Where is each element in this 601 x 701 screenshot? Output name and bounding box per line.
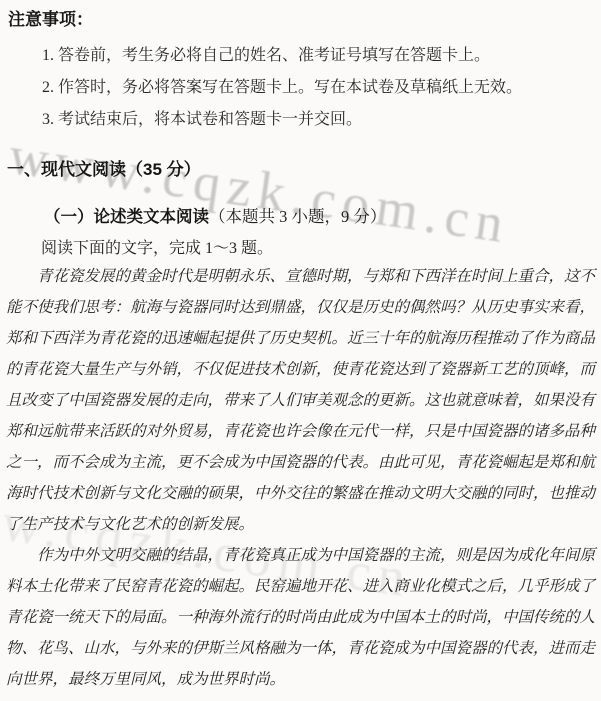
section-heading-modern-reading: 一、现代文阅读（35 分）: [7, 155, 201, 180]
passage-p2-line-5: 向世界，最终万里同风，成为世界时尚。: [6, 664, 595, 695]
subsection-note: （本题共 3 小题，9 分）: [209, 207, 386, 226]
passage-p2-line-3: 青花瓷一统天下的局面。一种海外流行的时尚由此成为中国本土的时尚，中国传统的人: [6, 602, 595, 633]
passage-p2-line-2: 料本土化带来了民窑青花瓷的崛起。民窑遍地开花、进入商业化模式之后，几乎形成了: [6, 571, 595, 602]
passage-p1-line-1: 青花瓷发展的黄金时代是明朝永乐、宣德时期，与郑和下西洋在时间上重合，这不: [6, 261, 595, 292]
passage-p1-line-5: 且改变了中国瓷器发展的走向，带来了人们审美观念的更新。这也就意味着，如果没有: [6, 385, 595, 416]
notice-title: 注意事项：: [8, 5, 93, 30]
subsection-heading: （一）论述类文本阅读（本题共 3 小题，9 分）: [44, 203, 386, 227]
notice-item-3: 3. 考试结束后，将本试卷和答题卡一并交回。: [42, 104, 591, 136]
passage-p1-line-9: 了生产技术与文化艺术的创新发展。: [6, 509, 595, 540]
reading-instruction: 阅读下面的文字，完成 1～3 题。: [41, 235, 273, 258]
passage-p1-line-6: 郑和远航带来活跃的对外贸易，青花瓷也许会像在元代一样，只是中国瓷器的诸多品种: [6, 416, 595, 447]
reading-passage: 青花瓷发展的黄金时代是明朝永乐、宣德时期，与郑和下西洋在时间上重合，这不 能不使…: [6, 261, 595, 695]
passage-p1-line-4: 的青花瓷大量生产与外销，不仅促进技术创新，使青花瓷达到了瓷器新工艺的顶峰，而: [6, 354, 595, 385]
notice-list: 1. 答卷前，考生务必将自己的姓名、准考证号填写在答题卡上。 2. 作答时，务必…: [42, 40, 591, 136]
passage-p1-line-2: 能不使我们思考：航海与瓷器同时达到鼎盛，仅仅是历史的偶然吗？从历史事实来看，: [6, 292, 595, 323]
passage-p1-line-7: 之一，而不会成为主流，更不会成为中国瓷器的代表。由此可见，青花瓷崛起是郑和航: [6, 447, 595, 478]
passage-p1-line-3: 郑和下西洋为青花瓷的迅速崛起提供了历史契机。近三十年的航海历程推动了作为商品: [6, 323, 595, 354]
notice-item-1: 1. 答卷前，考生务必将自己的姓名、准考证号填写在答题卡上。: [42, 40, 591, 72]
passage-p2-line-1: 作为中外文明交融的结晶，青花瓷真正成为中国瓷器的主流，则是因为成化年间原: [6, 540, 595, 571]
subsection-title: （一）论述类文本阅读: [44, 208, 209, 226]
passage-p2-line-4: 物、花鸟、山水，与外来的伊斯兰风格融为一体，青花瓷成为中国瓷器的代表，进而走: [6, 633, 595, 664]
exam-paper-page: www.cqzk.com.cn www.cqzk.com.cn 注意事项： 1.…: [0, 0, 601, 701]
notice-item-2: 2. 作答时，务必将答案写在答题卡上。写在本试卷及草稿纸上无效。: [42, 72, 591, 104]
passage-p1-line-8: 海时代技术创新与文化交融的硕果，中外交往的繁盛在推动文明大交融的同时，也推动: [6, 478, 595, 509]
